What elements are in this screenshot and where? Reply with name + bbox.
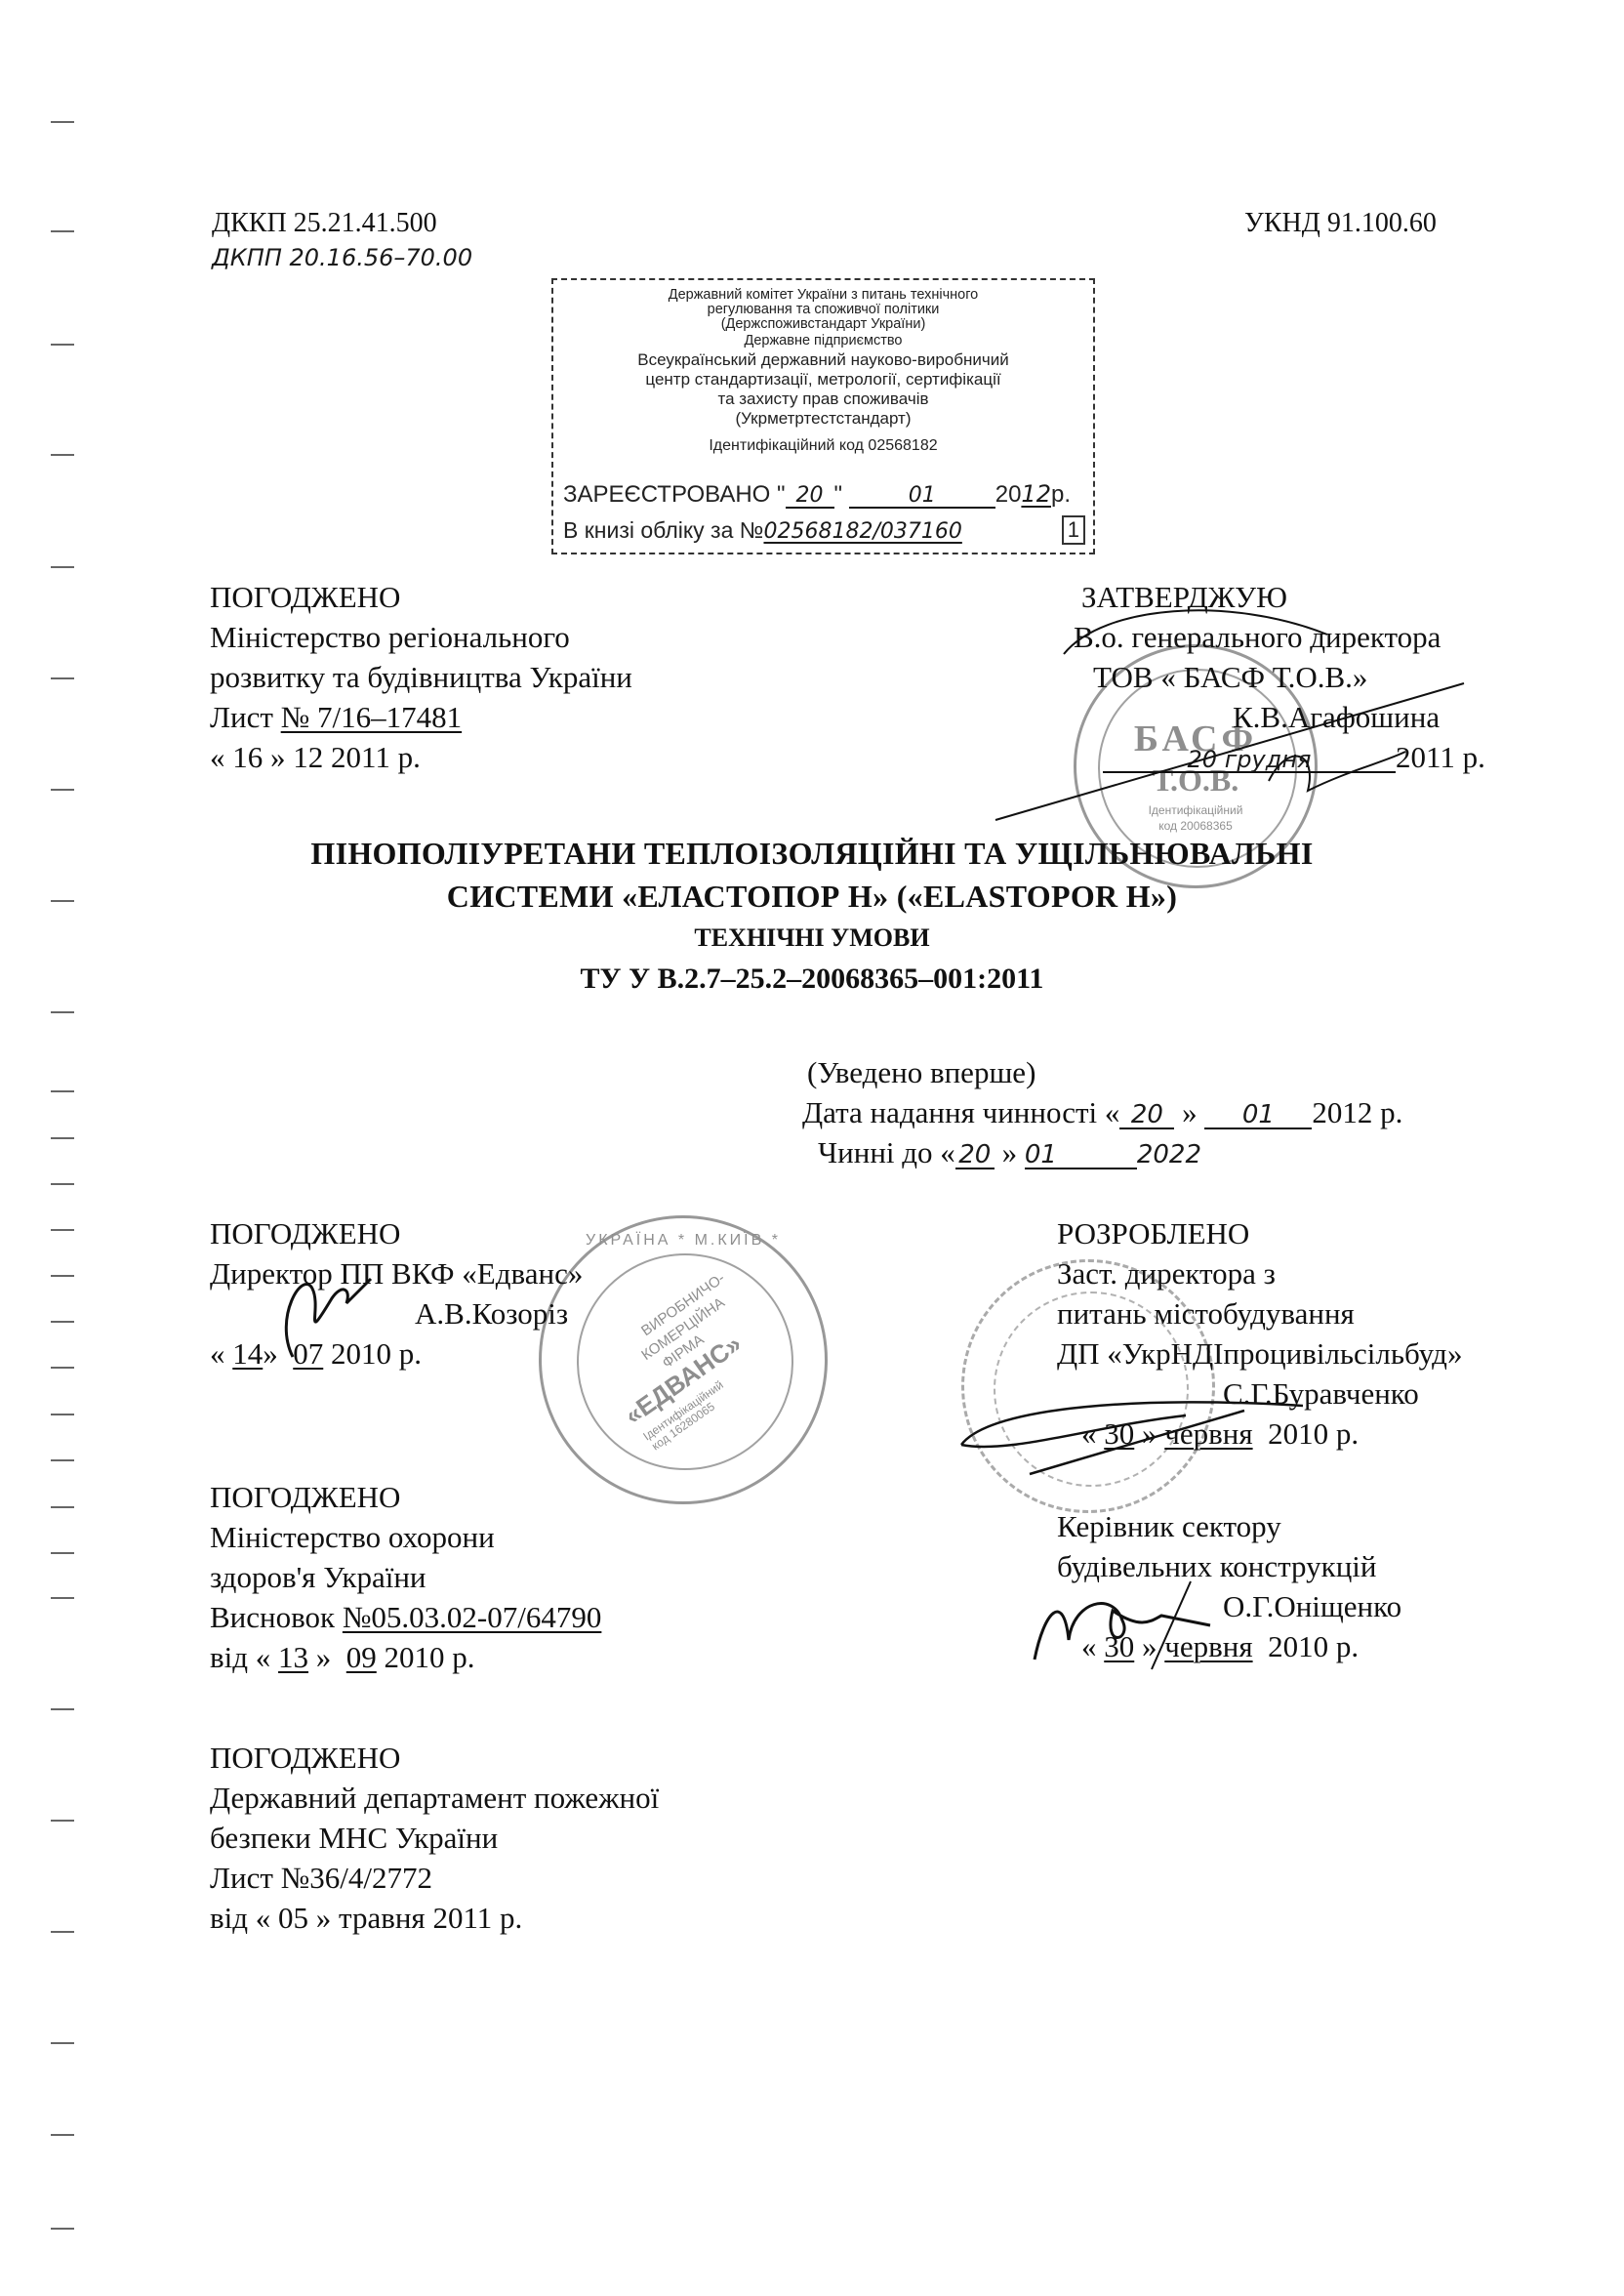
- letter: Лист №36/4/2772: [210, 1858, 659, 1898]
- margin-tick: [51, 454, 74, 456]
- approval-fire-safety: ПОГОДЖЕНО Державний департамент пожежної…: [210, 1738, 659, 1938]
- org-line: Міністерство регіонального: [210, 617, 632, 657]
- margin-tick: [51, 1931, 74, 1933]
- book-number: 02568182/037160: [763, 519, 961, 544]
- heading: ПОГОДЖЕНО: [210, 1213, 583, 1253]
- title-line1: ПІНОПОЛІУРЕТАНИ ТЕПЛОІЗОЛЯЦІЙНІ ТА УЩІЛЬ…: [0, 832, 1624, 875]
- stamp-line: Державне підприємство: [553, 334, 1093, 348]
- stamp-line: центр стандартизації, метрології, сертиф…: [553, 370, 1093, 389]
- effective-year: 2012 р.: [1312, 1095, 1402, 1129]
- registered-year-unit: р.: [1051, 481, 1071, 508]
- margin-tick: [51, 344, 74, 346]
- date-month: 09: [346, 1640, 377, 1674]
- registration-stamp: Державний комітет України з питань техні…: [551, 278, 1095, 554]
- basf-signature-icon: [976, 586, 1562, 840]
- title-code: ТУ У В.2.7–25.2–20068365–001:2011: [0, 959, 1624, 1000]
- margin-tick: [51, 1321, 74, 1323]
- registered-label: ЗАРЕЄСТРОВАНО ": [563, 481, 786, 508]
- margin-tick: [51, 1506, 74, 1508]
- stamp-line: Всеукраїнський державний науково-виробни…: [553, 350, 1093, 370]
- position-line: питань містобудування: [1057, 1293, 1462, 1333]
- book-sheet: 1: [1062, 515, 1085, 545]
- position-line: Керівник сектору: [1057, 1506, 1401, 1546]
- margin-tick: [51, 1597, 74, 1599]
- heading: ПОГОДЖЕНО: [210, 577, 632, 617]
- title-subtitle: ТЕХНІЧНІ УМОВИ: [0, 918, 1624, 959]
- margin-tick: [51, 1090, 74, 1092]
- valid-day: 20: [955, 1142, 995, 1169]
- stamp-line: та захисту прав споживачів: [553, 389, 1093, 409]
- effective-day: 20: [1119, 1102, 1174, 1129]
- margin-tick: [51, 1275, 74, 1277]
- org-line: Міністерство охорони: [210, 1517, 601, 1557]
- edvans-signature-icon: [254, 1259, 390, 1367]
- margin-tick: [51, 1820, 74, 1822]
- heading: ПОГОДЖЕНО: [210, 1738, 659, 1778]
- dkkp-code: ДККП 25.21.41.500: [212, 208, 437, 239]
- conclusion-number: №05.03.02-07/64790: [343, 1600, 602, 1634]
- document-title: ПІНОПОЛІУРЕТАНИ ТЕПЛОІЗОЛЯЦІЙНІ ТА УЩІЛЬ…: [0, 832, 1624, 1000]
- margin-tick: [51, 1137, 74, 1139]
- margin-tick: [51, 677, 74, 679]
- stamp-line: (Укрметртестстандарт): [553, 409, 1093, 429]
- uknd-code: УКНД 91.100.60: [1244, 208, 1437, 239]
- margin-tick: [51, 566, 74, 568]
- sector-head-signature-icon: [1025, 1572, 1220, 1679]
- letter-prefix: Лист: [210, 700, 281, 734]
- title-line2: СИСТЕМИ «ЕЛАСТОПОР Н» («ELASTOPOR H»): [0, 875, 1624, 918]
- effective-label: Дата надання чинності «: [802, 1095, 1119, 1129]
- stamp-line: (Держспоживстандарт України): [553, 317, 1093, 332]
- org-line: Державний департамент пожежної: [210, 1778, 659, 1818]
- date-prefix: від «: [210, 1640, 278, 1674]
- org-line: розвитку та будівництва України: [210, 657, 632, 697]
- org-line: безпеки МНС України: [210, 1818, 659, 1858]
- date-day: 13: [278, 1640, 308, 1674]
- approval-ministry-health: ПОГОДЖЕНО Міністерство охорони здоров'я …: [210, 1477, 601, 1677]
- date-year: 2010 р.: [385, 1640, 475, 1674]
- stamp-id-code: Ідентифікаційний код 02568182: [553, 436, 1093, 456]
- registered-day: 20: [786, 485, 834, 509]
- margin-tick: [51, 1414, 74, 1415]
- registered-year-suffix: 12: [1021, 480, 1051, 508]
- heading: РОЗРОБЛЕНО: [1057, 1213, 1462, 1253]
- developed-block: РОЗРОБЛЕНО Заст. директора з питань міст…: [1057, 1213, 1462, 1454]
- margin-tick: [51, 1708, 74, 1710]
- conclusion-prefix: Висновок: [210, 1600, 343, 1634]
- book-label: В книзі обліку за №: [563, 517, 763, 543]
- position-line: Заст. директора з: [1057, 1253, 1462, 1293]
- date: від « 05 » травня 2011 р.: [210, 1898, 659, 1938]
- dkpp-code-handwritten: ДКПП 20.16.56–70.00: [212, 244, 472, 271]
- margin-tick: [51, 121, 74, 123]
- margin-tick: [51, 230, 74, 232]
- margin-tick: [51, 1367, 74, 1369]
- registered-month: 01: [849, 485, 995, 509]
- introduced-note: (Уведено вперше): [802, 1052, 1402, 1092]
- valid-year: 2022: [1137, 1140, 1201, 1169]
- signatory: С.Г.Буравченко: [1057, 1373, 1462, 1414]
- margin-tick: [51, 2228, 74, 2230]
- registered-row: ЗАРЕЄСТРОВАНО "20" 012012р.: [563, 480, 1085, 509]
- date: « 16 » 12 2011 р.: [210, 737, 632, 777]
- stamp-line: регулювання та споживчої політики: [553, 303, 1093, 317]
- margin-tick: [51, 2134, 74, 2136]
- margin-tick: [51, 1011, 74, 1013]
- book-row: В книзі обліку за №02568182/037160 1: [563, 517, 1085, 544]
- margin-tick: [51, 1229, 74, 1231]
- date-year: 2010 р.: [1268, 1629, 1359, 1663]
- effective-month: 01: [1204, 1102, 1312, 1129]
- valid-label: Чинні до «: [818, 1135, 955, 1169]
- org-line: ДП «УкрНДІпроцивільсільбуд»: [1057, 1333, 1462, 1373]
- margin-tick: [51, 1552, 74, 1554]
- heading: ПОГОДЖЕНО: [210, 1477, 601, 1517]
- stamp-line: Державний комітет України з питань техні…: [553, 288, 1093, 303]
- margin-tick: [51, 789, 74, 791]
- date-year: 2010 р.: [1268, 1416, 1359, 1451]
- margin-tick: [51, 2042, 74, 2044]
- date-month: червня: [1164, 1416, 1252, 1451]
- valid-month: 01: [1025, 1142, 1137, 1169]
- approval-ministry-regional: ПОГОДЖЕНО Міністерство регіонального роз…: [210, 577, 632, 777]
- letter-number: № 7/16–17481: [281, 700, 462, 734]
- margin-tick: [51, 1183, 74, 1185]
- date-day: 30: [1104, 1416, 1134, 1451]
- org-line: здоров'я України: [210, 1557, 601, 1597]
- validity-block: (Уведено вперше) Дата надання чинності «…: [802, 1052, 1402, 1175]
- registered-year-prefix: 20: [995, 481, 1022, 508]
- margin-tick: [51, 1459, 74, 1461]
